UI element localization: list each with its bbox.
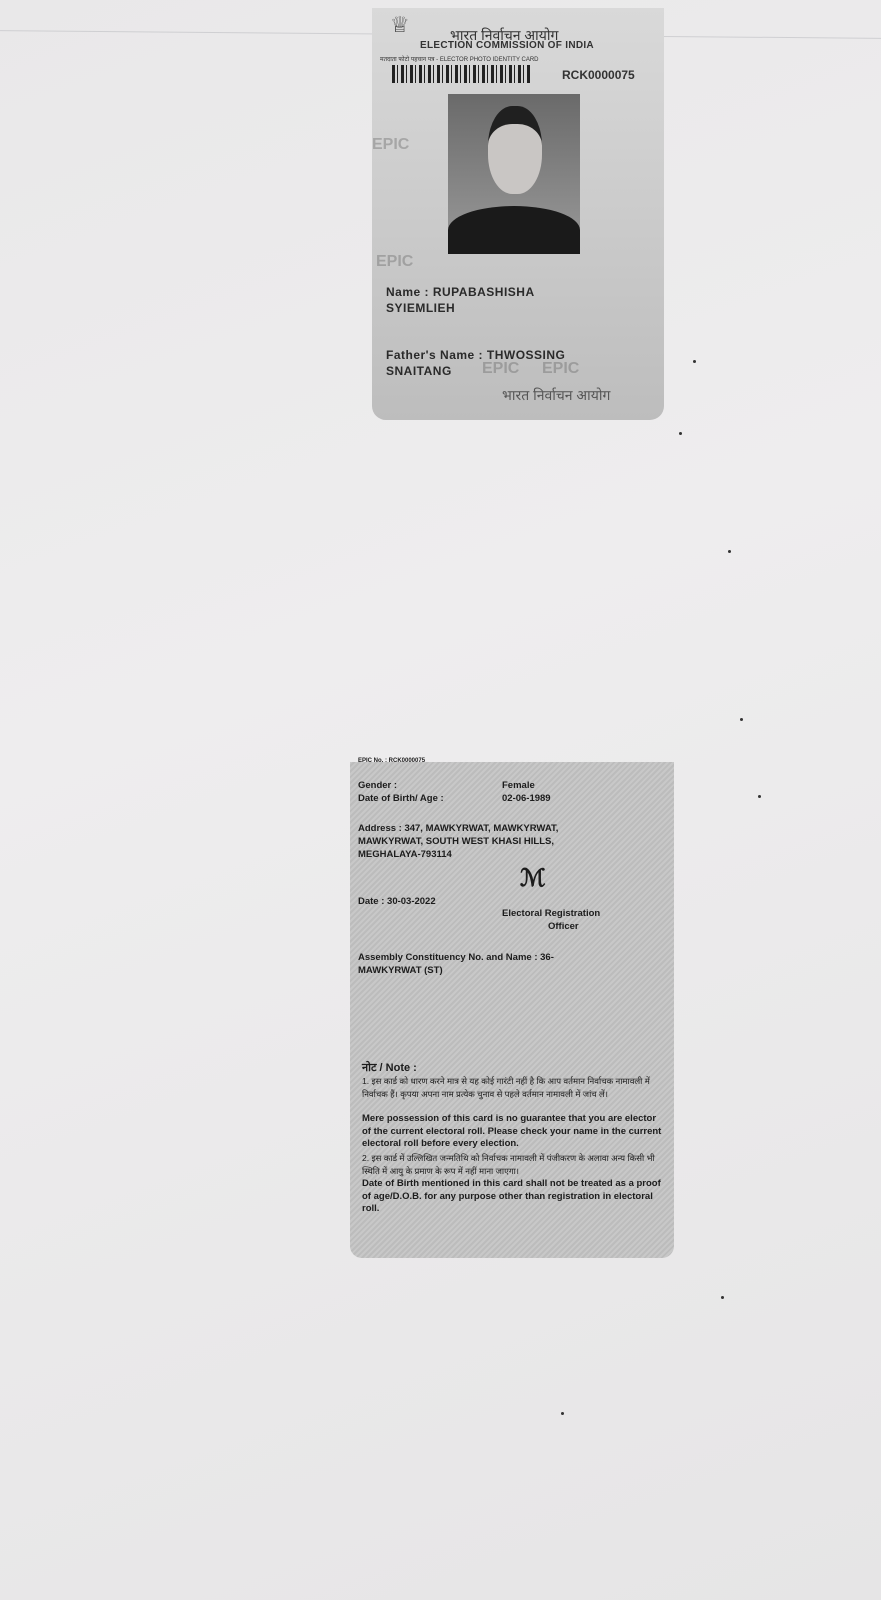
constituency-line2: MAWKYRWAT (ST) [358, 965, 443, 976]
dust-speck [679, 432, 682, 435]
epic-line: EPIC No. : RCK0000075 [358, 758, 425, 764]
dust-speck [740, 718, 743, 721]
dob-label: Date of Birth/ Age : [358, 793, 444, 804]
voter-id-card-back: EPIC No. : RCK0000075 Gender : Female Da… [350, 762, 674, 1258]
name-field: Name : RUPABASHISHA [386, 285, 535, 299]
dob-value: 02-06-1989 [502, 793, 551, 804]
name-field-line2: SYIEMLIEH [386, 301, 455, 315]
watermark: EPIC [372, 136, 409, 154]
voter-id-card-front: ♕ भारत निर्वाचन आयोग ELECTION COMMISSION… [372, 8, 664, 420]
dust-speck [561, 1412, 564, 1415]
dust-speck [721, 1296, 724, 1299]
address-line2: MAWKYRWAT, SOUTH WEST KHASI HILLS, [358, 836, 554, 847]
gender-value: Female [502, 780, 535, 791]
hindi-footer: भारत निर्वाचन आयोग [502, 386, 610, 405]
dust-speck [728, 550, 731, 553]
address-line3: MEGHALAYA-793114 [358, 849, 452, 860]
constituency-line1: Assembly Constituency No. and Name : 36- [358, 952, 554, 963]
barcode [392, 65, 532, 83]
watermark: EPIC [542, 360, 579, 378]
national-emblem-icon: ♕ [390, 12, 410, 38]
dust-speck [758, 795, 761, 798]
note2-hindi: 2. इस कार्ड में उल्लिखित जन्मतिथि को निर… [362, 1152, 662, 1177]
note1-english: Mere possession of this card is no guara… [362, 1113, 662, 1151]
father-name-line2: SNAITANG [386, 364, 452, 378]
epic-number: RCK0000075 [562, 68, 635, 82]
note-heading: नोट / Note : [362, 1062, 662, 1075]
address-line1: Address : 347, MAWKYRWAT, MAWKYRWAT, [358, 823, 558, 834]
note2-english: Date of Birth mentioned in this card sha… [362, 1178, 662, 1216]
issue-date: Date : 30-03-2022 [358, 896, 436, 907]
cardholder-photo [448, 94, 580, 254]
watermark: EPIC [482, 360, 519, 378]
photo-head [488, 106, 542, 194]
watermark: EPIC [376, 253, 413, 271]
card-title: ELECTION COMMISSION OF INDIA [420, 40, 594, 51]
note1-hindi: 1. इस कार्ड को धारण करने मात्र से यह कोई… [362, 1075, 662, 1100]
photo-body [448, 206, 580, 254]
officer-title: Electoral Registration [502, 908, 600, 919]
officer-title-line2: Officer [548, 921, 579, 932]
dust-speck [693, 360, 696, 363]
card-subtitle: मतदाता फोटो पहचान पत्र - ELECTOR PHOTO I… [380, 55, 539, 63]
gender-label: Gender : [358, 780, 397, 791]
signature: ℳ [520, 864, 546, 893]
father-name-field: Father's Name : THWOSSING [386, 348, 565, 362]
